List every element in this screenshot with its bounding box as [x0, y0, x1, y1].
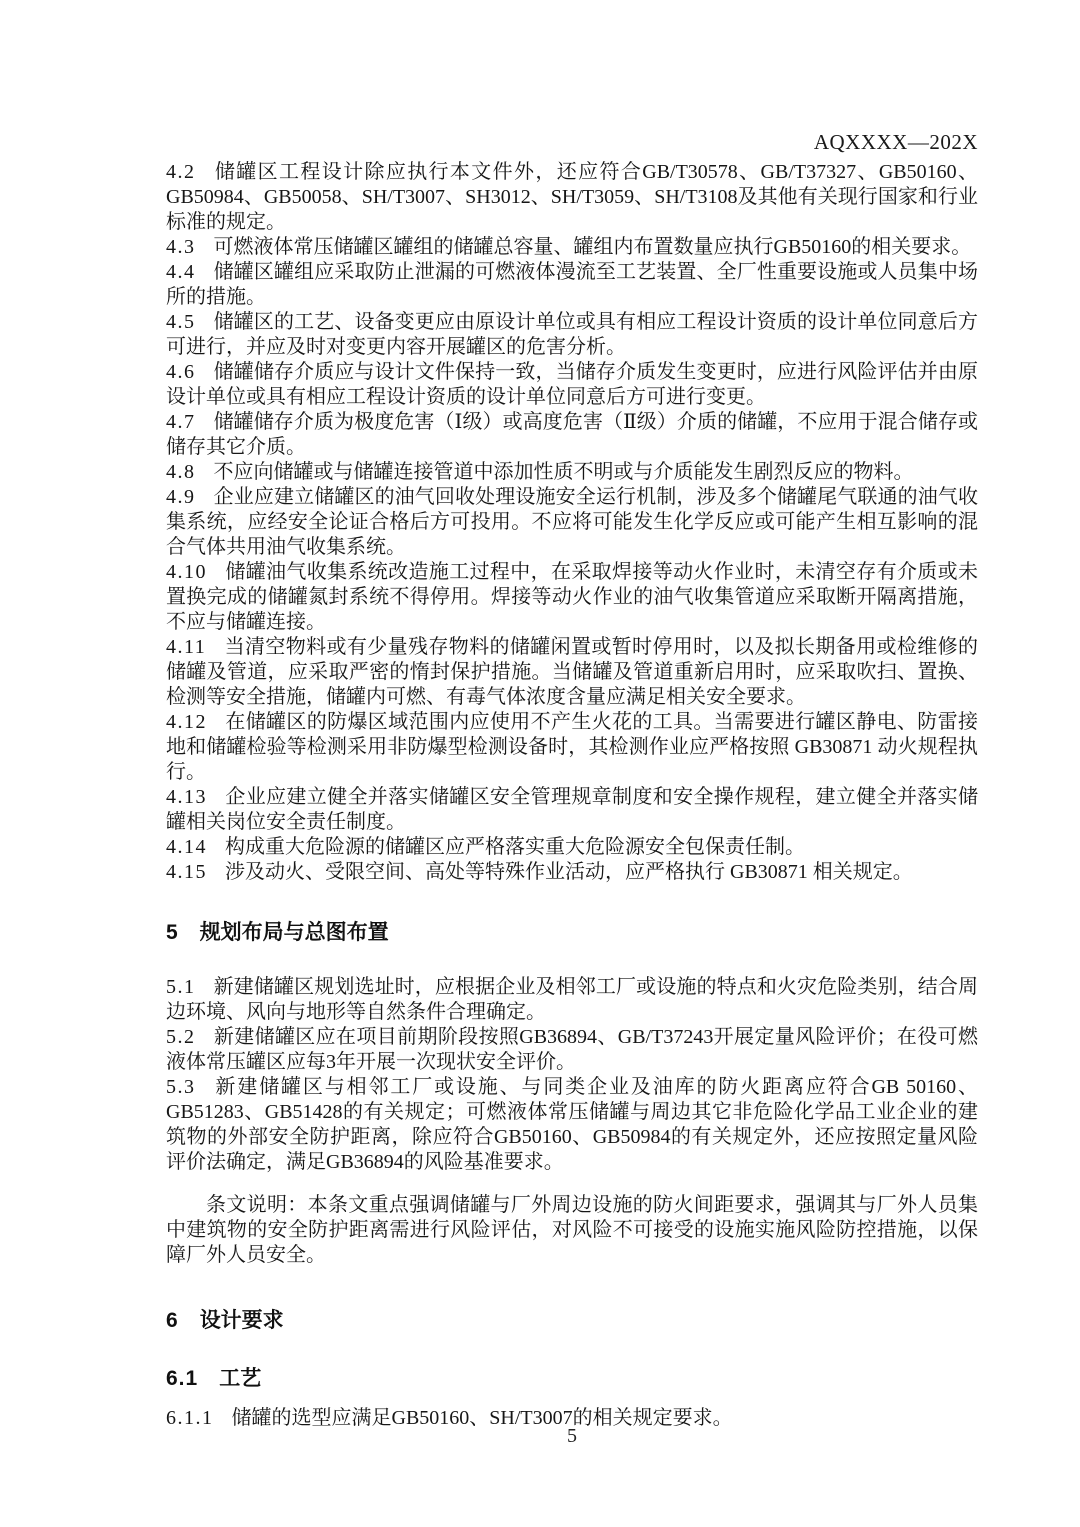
clause-text: 在储罐区的防爆区域范围内应使用不产生火花的工具。当需要进行罐区静电、防雷接地和储…: [166, 711, 978, 783]
clause-5-2: 5.2新建储罐区应在项目前期阶段按照GB36894、GB/T37243开展定量风…: [166, 1025, 978, 1075]
section-5-heading: 5规划布局与总图布置: [166, 920, 978, 945]
clause-number: 4.11: [166, 636, 206, 658]
clause-number: 4.10: [166, 561, 207, 583]
clause-text: 新建储罐区应在项目前期阶段按照GB36894、GB/T37243开展定量风险评价…: [166, 1026, 978, 1073]
clause-explanation-note: 条文说明：本条文重点强调储罐与厂外周边设施的防火间距要求，强调其与厂外人员集中建…: [166, 1193, 978, 1268]
clause-4-4: 4.4储罐区罐组应采取防止泄漏的可燃液体漫流至工艺装置、全厂性重要设施或人员集中…: [166, 260, 978, 310]
clause-text: 企业应建立储罐区的油气回收处理设施安全运行机制，涉及多个储罐尾气联通的油气收集系…: [166, 486, 978, 558]
clause-text: 涉及动火、受限空间、高处等特殊作业活动，应严格执行 GB30871 相关规定。: [225, 861, 913, 883]
clause-4-7: 4.7储罐储存介质为极度危害（Ⅰ级）或高度危害（Ⅱ级）介质的储罐，不应用于混合储…: [166, 410, 978, 460]
section-number: 6: [166, 1309, 179, 1332]
clause-number: 4.15: [166, 861, 207, 883]
clause-number: 5.3: [166, 1076, 196, 1098]
clause-number: 4.6: [166, 361, 196, 383]
section-number: 6.1: [166, 1367, 198, 1390]
clause-number: 5.2: [166, 1026, 196, 1048]
section-number: 5: [166, 921, 179, 944]
clause-text: 企业应建立健全并落实储罐区安全管理规章制度和安全操作规程，建立健全并落实储罐相关…: [166, 786, 978, 833]
clause-number: 5.1: [166, 976, 196, 998]
clause-number: 4.14: [166, 836, 207, 858]
section-6-heading: 6设计要求: [166, 1308, 978, 1333]
clause-number: 4.3: [166, 236, 196, 258]
clause-4-9: 4.9企业应建立储罐区的油气回收处理设施安全运行机制，涉及多个储罐尾气联通的油气…: [166, 485, 978, 560]
clause-text: 不应向储罐或与储罐连接管道中添加性质不明或与介质能发生剧烈反应的物料。: [214, 461, 914, 483]
clause-4-3: 4.3可燃液体常压储罐区罐组的储罐总容量、罐组内布置数量应执行GB50160的相…: [166, 235, 978, 260]
clause-number: 4.4: [166, 261, 196, 283]
section-title: 规划布局与总图布置: [200, 921, 389, 944]
clause-number: 4.5: [166, 311, 196, 333]
clause-text: 可燃液体常压储罐区罐组的储罐总容量、罐组内布置数量应执行GB50160的相关要求…: [214, 236, 972, 258]
clause-4-14: 4.14构成重大危险源的储罐区应严格落实重大危险源安全包保责任制。: [166, 835, 978, 860]
section-title: 工艺: [219, 1367, 261, 1390]
clause-4-2: 4.2储罐区工程设计除应执行本文件外，还应符合GB/T30578、GB/T373…: [166, 160, 978, 235]
section-6-1-heading: 6.1工艺: [166, 1366, 978, 1391]
clause-number: 4.13: [166, 786, 207, 808]
clause-text: 储罐区工程设计除应执行本文件外，还应符合GB/T30578、GB/T37327、…: [166, 161, 978, 233]
clause-4-8: 4.8不应向储罐或与储罐连接管道中添加性质不明或与介质能发生剧烈反应的物料。: [166, 460, 978, 485]
document-page: AQXXXX—202X 4.2储罐区工程设计除应执行本文件外，还应符合GB/T3…: [0, 0, 1080, 1527]
clause-4-6: 4.6储罐储存介质应与设计文件保持一致，当储存介质发生变更时，应进行风险评估并由…: [166, 360, 978, 410]
clause-5-1: 5.1新建储罐区规划选址时，应根据企业及相邻工厂或设施的特点和火灾危险类别，结合…: [166, 975, 978, 1025]
clause-text: 新建储罐区规划选址时，应根据企业及相邻工厂或设施的特点和火灾危险类别，结合周边环…: [166, 976, 978, 1023]
clause-text: 储罐油气收集系统改造施工过程中，在采取焊接等动火作业时，未清空存有介质或未置换完…: [166, 561, 978, 633]
clause-text: 构成重大危险源的储罐区应严格落实重大危险源安全包保责任制。: [225, 836, 805, 858]
clause-text: 新建储罐区与相邻工厂或设施、与同类企业及油库的防火距离应符合GB 50160、G…: [166, 1076, 978, 1173]
clause-number: 4.12: [166, 711, 207, 733]
clause-4-10: 4.10储罐油气收集系统改造施工过程中，在采取焊接等动火作业时，未清空存有介质或…: [166, 560, 978, 635]
clause-number: 4.9: [166, 486, 196, 508]
clause-text: 储罐区罐组应采取防止泄漏的可燃液体漫流至工艺装置、全厂性重要设施或人员集中场所的…: [166, 261, 978, 308]
clause-text: 储罐储存介质应与设计文件保持一致，当储存介质发生变更时，应进行风险评估并由原设计…: [166, 361, 978, 408]
clause-4-5: 4.5储罐区的工艺、设备变更应由原设计单位或具有相应工程设计资质的设计单位同意后…: [166, 310, 978, 360]
clause-number: 4.8: [166, 461, 196, 483]
section-title: 设计要求: [200, 1309, 284, 1332]
clause-text: 储罐区的工艺、设备变更应由原设计单位或具有相应工程设计资质的设计单位同意后方可进…: [166, 311, 978, 358]
document-body: 4.2储罐区工程设计除应执行本文件外，还应符合GB/T30578、GB/T373…: [166, 160, 978, 1431]
clause-text: 储罐储存介质为极度危害（Ⅰ级）或高度危害（Ⅱ级）介质的储罐，不应用于混合储存或储…: [166, 411, 978, 458]
clause-number: 4.2: [166, 161, 196, 183]
clause-4-15: 4.15涉及动火、受限空间、高处等特殊作业活动，应严格执行 GB30871 相关…: [166, 860, 978, 885]
clause-4-13: 4.13企业应建立健全并落实储罐区安全管理规章制度和安全操作规程，建立健全并落实…: [166, 785, 978, 835]
page-number: 5: [166, 1425, 978, 1448]
clause-5-3: 5.3新建储罐区与相邻工厂或设施、与同类企业及油库的防火距离应符合GB 5016…: [166, 1075, 978, 1175]
clause-4-11: 4.11当清空物料或有少量残存物料的储罐闲置或暂时停用时，以及拟长期备用或检维修…: [166, 635, 978, 710]
clause-text: 当清空物料或有少量残存物料的储罐闲置或暂时停用时，以及拟长期备用或检维修的储罐及…: [166, 636, 978, 708]
clause-number: 4.7: [166, 411, 196, 433]
document-code-header: AQXXXX—202X: [166, 130, 978, 155]
clause-4-12: 4.12在储罐区的防爆区域范围内应使用不产生火花的工具。当需要进行罐区静电、防雷…: [166, 710, 978, 785]
